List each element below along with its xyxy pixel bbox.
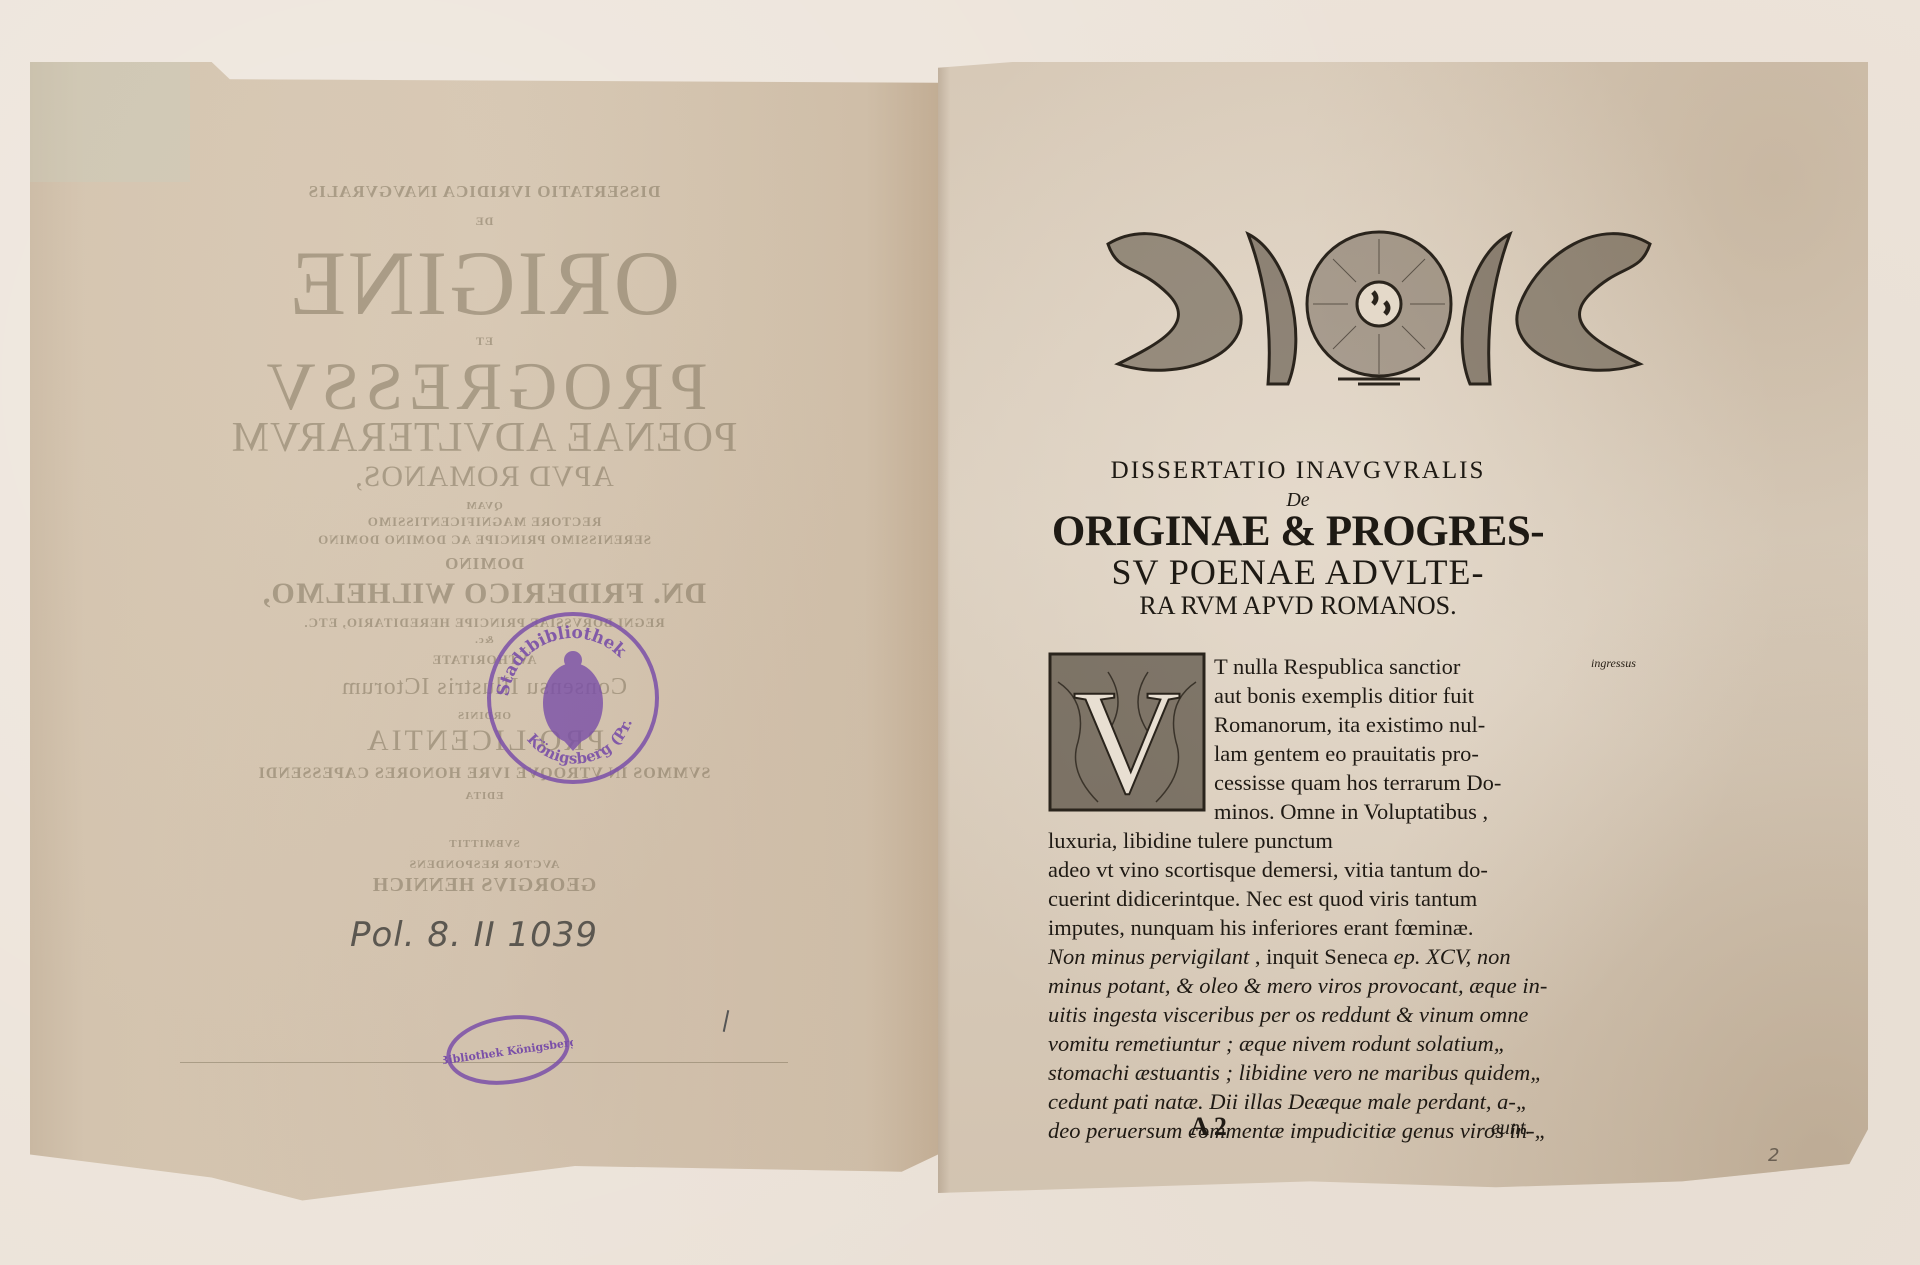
quote-line: stomachi æstuantis ; libidine vero ne ma…: [1048, 1058, 1578, 1087]
quote-line: cedunt pati natæ. Dii illas Deæque male …: [1048, 1087, 1578, 1116]
body-text: V T nulla Respublica sanctior aut bonis …: [1048, 652, 1578, 1145]
oval-stamp-text: Bibliothek Königsberg: [443, 1035, 573, 1067]
bleed-line: POENAE ADVLTERARVM: [30, 414, 938, 462]
bleed-line: AVCTOR RESPONDENS: [30, 857, 938, 872]
quote-line: vomitu remetiuntur ; æque nivem rodunt s…: [1048, 1029, 1578, 1058]
title-line-4: SV POENAE ADVLTE-: [1048, 553, 1548, 591]
dissertation-title: DISSERTATIO INAVGVRALIS De ORIGINAE & PR…: [1048, 457, 1548, 621]
bleed-line: APVD ROMANOS,: [30, 460, 938, 494]
library-stamp-round: Stadtbibliothek Königsberg (Pr.): [478, 603, 668, 793]
signature-mark: A 2: [1190, 1112, 1227, 1142]
bleed-line: GEORGIVS HENNICH: [30, 874, 938, 897]
body-line: luxuria, libidine tulere punctum: [1048, 826, 1578, 855]
bleed-line: QVAM: [30, 500, 938, 512]
body-line: adeo vt vino scortisque demersi, vitia t…: [1048, 855, 1578, 884]
quote-line: Non minus pervigilant , inquit Seneca ep…: [1048, 942, 1578, 971]
title-line-3: ORIGINAE & PROGRES-: [1048, 511, 1548, 553]
bleed-line: SERENISSIMO PRINCIPE AC DOMINO DOMINO: [30, 532, 938, 548]
catchword: eunt.: [1491, 1117, 1530, 1140]
body-line: cuerint didicerintque. Nec est quod viri…: [1048, 884, 1578, 913]
decorated-initial: V: [1048, 652, 1206, 812]
coat-of-arms-icon: [543, 651, 603, 751]
bleed-line: SVBMITTIT: [30, 838, 938, 850]
gutter-shadow: [938, 62, 950, 1222]
svg-text:V: V: [1073, 659, 1181, 812]
pencil-page-number: 2: [1768, 1145, 1779, 1166]
title-line-5: RA RVM APVD ROMANOS.: [1048, 591, 1548, 621]
title-line-1: DISSERTATIO INAVGVRALIS: [1048, 457, 1548, 485]
library-stamp-oval: Bibliothek Königsberg: [443, 1013, 573, 1087]
right-page-recto: DISSERTATIO INAVGVRALIS De ORIGINAE & PR…: [938, 62, 1868, 1222]
decorated-initial-v-icon: V: [1048, 652, 1206, 812]
oval-stamp-icon: Bibliothek Königsberg: [443, 1013, 573, 1087]
body-line: imputes, nunquam his inferiores erant fœ…: [1048, 913, 1578, 942]
bleed-line: RECTORE MAGNIFICENTISSIMO: [30, 514, 938, 530]
bleed-line: ORIGINE: [30, 230, 938, 336]
pencil-shelfmark: Pol. 8. II 1039: [350, 915, 598, 955]
bleed-line: DE: [30, 214, 938, 229]
quote-line: minus potant, & oleo & mero viros provoc…: [1048, 971, 1578, 1000]
stamp-icon: Stadtbibliothek Königsberg (Pr.): [478, 603, 668, 793]
bleed-line: DISSERTATIO IVRIDICA INAVGVRALIS: [30, 182, 938, 202]
quote-line: uitis ingesta visceribus per os reddunt …: [1048, 1000, 1578, 1029]
bleed-line: DOMINO: [30, 554, 938, 574]
margin-note: ingressus: [1591, 656, 1636, 671]
woodcut-headpiece-ornament: [1098, 214, 1660, 392]
